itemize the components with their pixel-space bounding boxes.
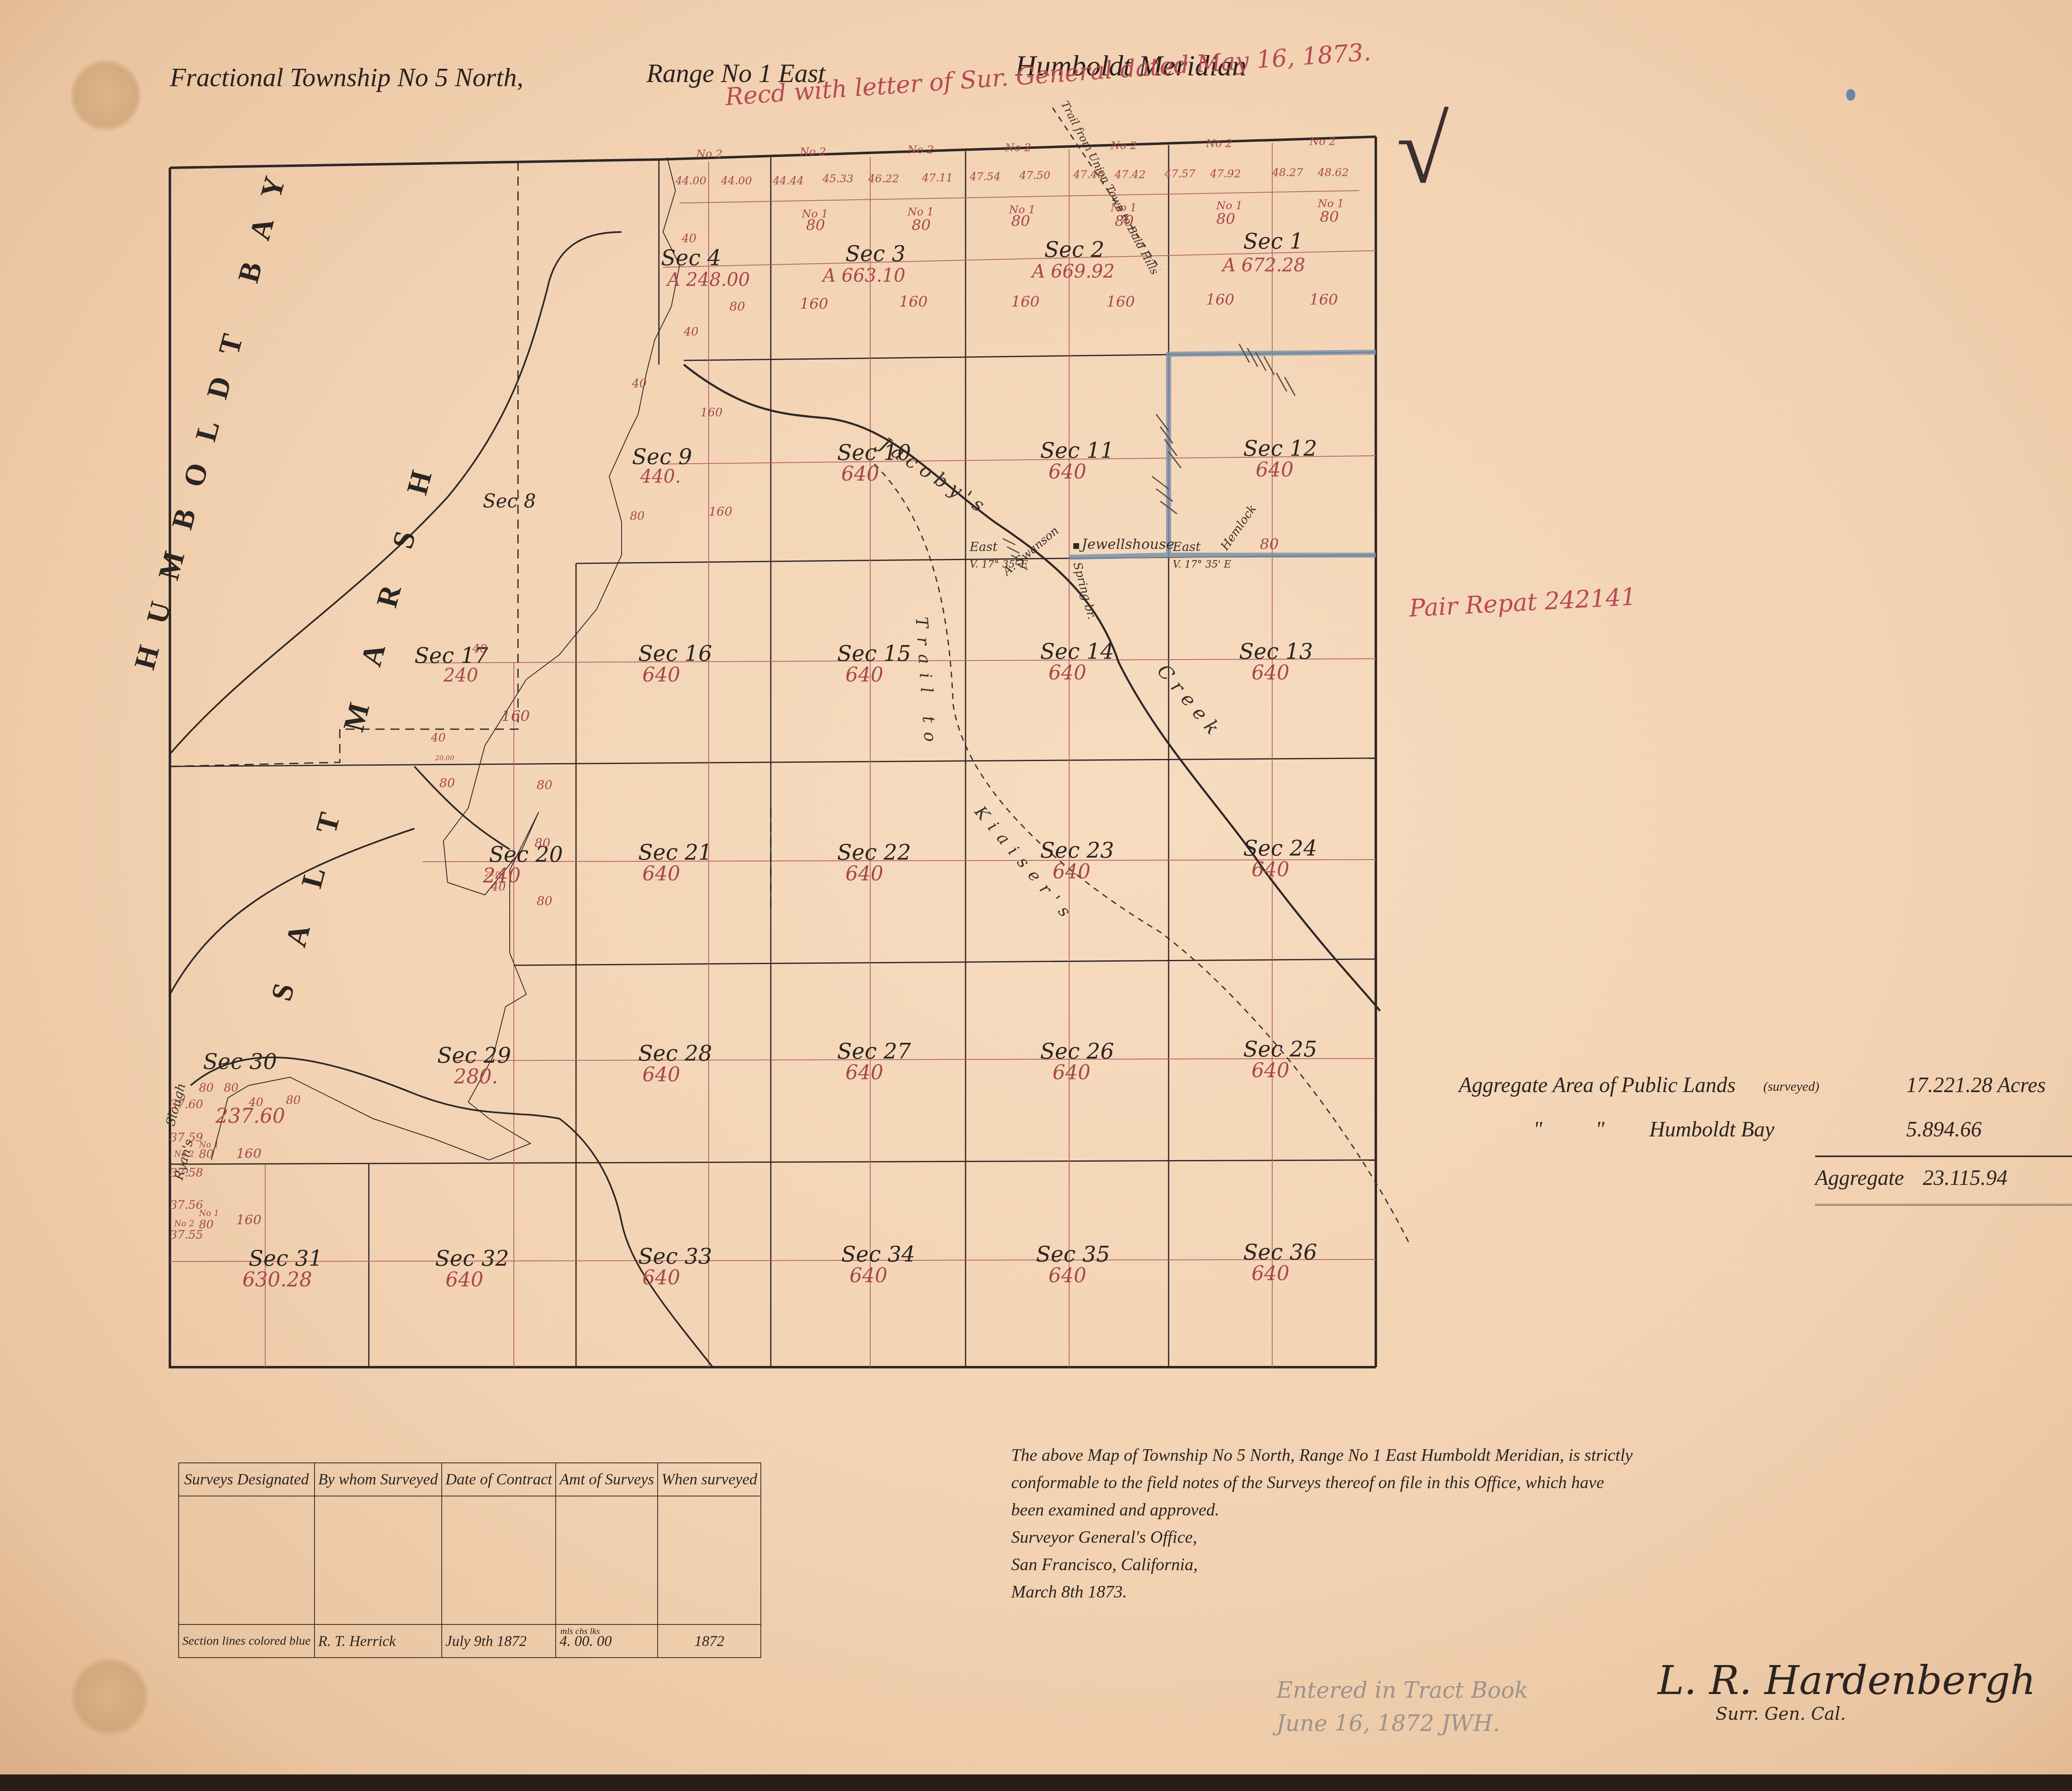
svg-text:640: 640 (1251, 661, 1290, 684)
signature-name: L. R. Hardenbergh (1658, 1657, 2036, 1704)
table-row: Section lines colored blue R. T. Herrick… (179, 1624, 761, 1658)
svg-text:440.: 440. (640, 466, 681, 487)
svg-text:No 2: No 2 (1005, 142, 1031, 154)
cell-date: July 9th 1872 (442, 1624, 556, 1658)
svg-text:Sec 3: Sec 3 (845, 242, 905, 266)
amount-units: mls chs lks (560, 1626, 600, 1636)
svg-text:640: 640 (1256, 458, 1294, 481)
svg-text:No 2: No 2 (799, 146, 826, 158)
svg-text:47.92: 47.92 (1210, 168, 1241, 180)
svg-text:44.00: 44.00 (675, 175, 706, 187)
svg-text:A 669.92: A 669.92 (1030, 261, 1115, 282)
svg-text:37.58: 37.58 (170, 1166, 203, 1179)
total-double-rule (1815, 1204, 2072, 1208)
svg-text:640: 640 (1048, 460, 1087, 483)
svg-text:80: 80 (729, 300, 745, 314)
svg-text:80: 80 (1216, 210, 1235, 227)
svg-text:Sec 29: Sec 29 (437, 1043, 511, 1068)
svg-text:160: 160 (1106, 293, 1135, 310)
svg-text:20.00: 20.00 (435, 754, 454, 762)
svg-text:No 2: No 2 (174, 1218, 194, 1228)
svg-text:Sec 34: Sec 34 (841, 1242, 915, 1267)
svg-text:Sec 28: Sec 28 (638, 1041, 712, 1066)
humboldt-bay-area-label: Humboldt Bay (1649, 1117, 1774, 1142)
svg-text:47.11: 47.11 (922, 172, 953, 184)
col-when-surveyed: When surveyed (658, 1463, 761, 1496)
svg-text:48.62: 48.62 (1317, 167, 1348, 179)
svg-text:A 248.00: A 248.00 (666, 269, 750, 290)
blue-section-lines (1069, 352, 1376, 557)
hemlock-label: Hemlock (1218, 502, 1259, 553)
svg-text:Sec 26: Sec 26 (1040, 1039, 1114, 1064)
svg-text:No 2: No 2 (174, 1149, 194, 1159)
svg-text:640: 640 (845, 862, 884, 885)
svg-text:47.50: 47.50 (1019, 169, 1050, 182)
svg-text:640: 640 (845, 1061, 884, 1084)
svg-text:80: 80 (286, 1093, 301, 1107)
svg-text:Sec 11: Sec 11 (1040, 438, 1114, 463)
svg-text:160: 160 (700, 406, 722, 419)
surveyor-general-signature: L. R. Hardenbergh Surr. Gen. Cal. (1658, 1657, 2036, 1724)
col-by-whom-surveyed: By whom Surveyed (315, 1463, 442, 1496)
svg-text:80: 80 (224, 1081, 239, 1095)
aggregate-total-label: Aggregate (1815, 1166, 1904, 1190)
svg-text:40: 40 (431, 731, 446, 744)
humboldt-bay-label: HUMBOLDT BAY (128, 150, 298, 673)
svg-text:Sec 2: Sec 2 (1044, 237, 1104, 262)
svg-text:640: 640 (642, 862, 680, 885)
svg-text:A 663.10: A 663.10 (821, 265, 905, 286)
svg-text:Sec 1: Sec 1 (1243, 229, 1303, 254)
svg-text:640: 640 (1251, 858, 1290, 881)
svg-text:Sec 20: Sec 20 (489, 842, 563, 867)
col-amount-of-surveys: Amt of Surveys (556, 1463, 658, 1496)
approval-certificate: The above Map of Township No 5 North, Ra… (1011, 1442, 1633, 1606)
svg-text:630.28: 630.28 (242, 1268, 312, 1291)
svg-text:640: 640 (642, 663, 680, 686)
east-label-2: East (1172, 540, 1201, 554)
svg-text:No 2: No 2 (907, 144, 934, 156)
svg-text:Sec 16: Sec 16 (638, 641, 712, 666)
cell-designated: Section lines colored blue (179, 1624, 315, 1658)
svg-text:80: 80 (806, 217, 825, 234)
svg-text:640: 640 (850, 1264, 888, 1287)
svg-text:280.: 280. (453, 1065, 498, 1088)
svg-text:160: 160 (800, 295, 828, 312)
svg-text:640: 640 (841, 462, 879, 486)
svg-text:47.42: 47.42 (1114, 169, 1145, 181)
svg-text:Sec 33: Sec 33 (638, 1244, 712, 1269)
pencil-line-2: June 16, 1872 JWH. (1276, 1707, 1528, 1740)
svg-text:No 2: No 2 (696, 148, 722, 160)
svg-text:37.56: 37.56 (170, 1198, 203, 1212)
variation-label-1: V. 17° 35' E (970, 558, 1028, 570)
humboldt-bay-area-value: 5.894.66 (1906, 1117, 1982, 1142)
svg-text:80: 80 (912, 217, 931, 234)
pencil-line-1: Entered in Tract Book (1276, 1674, 1528, 1707)
svg-text:Sec 10: Sec 10 (837, 440, 911, 465)
svg-text:Sec 14: Sec 14 (1040, 639, 1114, 664)
svg-text:HUMBOLDT BAY: HUMBOLDT BAY (128, 150, 298, 673)
svg-text:80: 80 (199, 1081, 214, 1095)
svg-text:A 672.28: A 672.28 (1221, 255, 1305, 276)
svg-text:80: 80 (1320, 208, 1339, 225)
svg-text:Sec 30: Sec 30 (203, 1049, 277, 1074)
certificate-line: Surveyor General's Office, (1011, 1524, 1633, 1551)
svg-text:80: 80 (1011, 213, 1030, 230)
aggregate-public-lands-label: Aggregate Area of Public Lands (1459, 1073, 1736, 1097)
svg-text:Sec 8: Sec 8 (483, 490, 536, 512)
svg-text:640: 640 (845, 663, 884, 686)
svg-text:37.59: 37.59 (170, 1131, 203, 1144)
certificate-line: been examined and approved. (1011, 1496, 1633, 1524)
svg-text:640: 640 (1053, 860, 1091, 883)
svg-text:640: 640 (1053, 1061, 1091, 1084)
svg-text:44.00: 44.00 (721, 175, 752, 187)
svg-text:160: 160 (899, 293, 928, 310)
svg-text:40: 40 (632, 377, 647, 390)
svg-text:40: 40 (491, 880, 506, 894)
svg-text:Sec 15: Sec 15 (837, 641, 911, 666)
svg-text:47.57: 47.57 (1164, 168, 1196, 180)
svg-text:20.00: 20.00 (484, 870, 504, 878)
svg-text:160: 160 (1310, 291, 1338, 308)
certificate-line: conformable to the field notes of the Su… (1011, 1469, 1633, 1496)
svg-text:Sec 9: Sec 9 (632, 445, 692, 469)
svg-text:80: 80 (535, 836, 550, 851)
svg-text:Sec 27: Sec 27 (837, 1039, 911, 1064)
svg-text:No 1: No 1 (198, 1140, 219, 1150)
svg-text:640: 640 (1048, 661, 1087, 684)
survey-record-table: Surveys Designated By whom Surveyed Date… (178, 1462, 761, 1658)
certificate-line: March 8th 1873. (1011, 1578, 1633, 1606)
svg-text:640: 640 (1048, 1264, 1087, 1287)
sum-rule (1815, 1155, 2072, 1157)
svg-text:640: 640 (642, 1063, 680, 1086)
signature-title: Surr. Gen. Cal. (1716, 1704, 2036, 1724)
svg-text:160: 160 (236, 1212, 261, 1228)
svg-text:640: 640 (1251, 1059, 1290, 1082)
house-marker-icon (1073, 543, 1079, 549)
aggregate-public-lands-value: 17.221.28 Acres (1906, 1073, 2046, 1097)
trail-dashed (874, 108, 1409, 1243)
svg-text:160: 160 (1011, 293, 1040, 310)
aggregate-area-summary: Aggregate Area of Public Lands (surveyed… (1459, 1073, 2072, 1205)
svg-text:47.46: 47.46 (1073, 169, 1104, 181)
variation-label-2: V. 17° 35' E (1173, 558, 1231, 570)
svg-text:640: 640 (642, 1266, 680, 1289)
svg-text:Sec 23: Sec 23 (1040, 838, 1114, 863)
svg-text:SALT MARSH: SALT MARSH (264, 429, 448, 1005)
svg-text:40: 40 (248, 1095, 264, 1109)
svg-text:47.54: 47.54 (969, 171, 1000, 183)
col-date-of-contract: Date of Contract (442, 1463, 556, 1496)
svg-text:37.55: 37.55 (170, 1228, 203, 1242)
svg-text:80: 80 (199, 1218, 214, 1231)
svg-text:No 2: No 2 (1205, 138, 1232, 150)
svg-text:44.44: 44.44 (772, 175, 804, 187)
svg-text:No 1: No 1 (198, 1208, 219, 1218)
col-surveys-designated: Surveys Designated (179, 1463, 315, 1496)
east-label-1: East (969, 540, 998, 554)
svg-text:Sec 24: Sec 24 (1243, 836, 1317, 861)
tract-book-pencil-note: Entered in Tract Book June 16, 1872 JWH. (1276, 1674, 1528, 1740)
svg-text:80: 80 (1115, 213, 1134, 230)
svg-text:48.27: 48.27 (1272, 167, 1303, 179)
certificate-line: The above Map of Township No 5 North, Ra… (1011, 1442, 1633, 1469)
svg-text:Sec 32: Sec 32 (435, 1246, 509, 1271)
svg-text:No 2: No 2 (1309, 135, 1336, 148)
svg-text:240: 240 (443, 665, 478, 686)
svg-text:37.60: 37.60 (170, 1097, 203, 1111)
survey-map-sheet: Fractional Township No 5 North, Range No… (0, 0, 2072, 1791)
cell-amount: mls chs lks 4. 00. 00 (556, 1624, 658, 1658)
svg-text:Sec 36: Sec 36 (1243, 1240, 1317, 1265)
svg-text:80: 80 (439, 776, 455, 790)
svg-text:45.33: 45.33 (822, 173, 853, 185)
trail-label: Trail to (912, 616, 940, 752)
svg-text:160: 160 (501, 708, 530, 725)
svg-text:160: 160 (236, 1146, 261, 1161)
jewells-house-label: Jewellshouse (1079, 536, 1174, 553)
svg-text:Sec 25: Sec 25 (1243, 1037, 1317, 1062)
certificate-line: San Francisco, California, (1011, 1551, 1633, 1578)
svg-text:80: 80 (1260, 536, 1279, 553)
spring-branch-label: Spring br. (1070, 561, 1099, 621)
svg-text:640: 640 (445, 1268, 484, 1291)
svg-text:Sec 35: Sec 35 (1036, 1242, 1110, 1267)
svg-text:40: 40 (683, 325, 699, 338)
svg-text:Sec 31: Sec 31 (249, 1246, 322, 1271)
salt-marsh-label: SALT MARSH (264, 429, 448, 1005)
svg-text:No 2: No 2 (1110, 140, 1137, 152)
svg-text:80: 80 (537, 894, 552, 909)
svg-text:Sec 22: Sec 22 (837, 840, 911, 865)
svg-text:40: 40 (472, 642, 487, 655)
top-row-lot-acreages: 44.00 44.00 44.44 45.33 46.22 47.11 47.5… (675, 167, 1348, 187)
ditto-mark: " (1595, 1117, 1605, 1142)
creek-label-creek: Creek (1153, 660, 1228, 744)
aggregate-total-value: 23.115.94 (1923, 1166, 2007, 1190)
svg-text:Sec 13: Sec 13 (1239, 639, 1313, 664)
svg-text:640: 640 (1251, 1262, 1290, 1285)
surveyed-note: (surveyed) (1763, 1079, 1819, 1094)
cell-by-whom: R. T. Herrick (315, 1624, 442, 1658)
cell-when: 1872 (658, 1624, 761, 1658)
svg-text:46.22: 46.22 (868, 173, 899, 185)
svg-text:80: 80 (630, 509, 645, 523)
svg-text:160: 160 (709, 505, 732, 519)
svg-text:Sec 21: Sec 21 (638, 840, 712, 865)
svg-text:Sec 4: Sec 4 (661, 246, 721, 271)
svg-text:160: 160 (1206, 291, 1234, 308)
ditto-mark: " (1533, 1117, 1542, 1142)
svg-text:40: 40 (681, 232, 697, 245)
svg-text:Sec 12: Sec 12 (1243, 436, 1317, 461)
svg-text:80: 80 (537, 778, 552, 793)
